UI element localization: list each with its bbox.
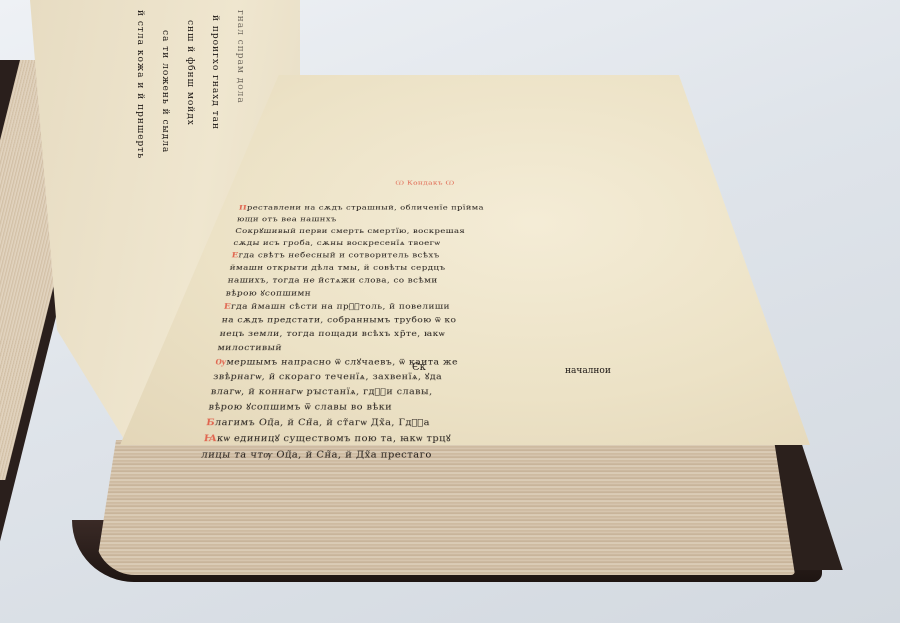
text-line: Егда ймашн сѣсти на прⷭ҇толь, й повелиши: [223, 301, 628, 314]
left-page-column: й стла кожа и й прншерть: [135, 10, 145, 159]
text-line: на сѫдъ предстати, собраннымъ трубою ѿ к…: [221, 314, 630, 328]
left-page-column: са ти ложень й сыдла: [160, 30, 170, 153]
text-line: лицы та чтѹ Оц̃а, й Сн̃а, й Дх̃а престаг…: [200, 447, 650, 464]
page-header: Ѡ Кондакъ Ѡ: [242, 178, 609, 189]
text-line: Преставлени на сѫдъ страшный, обличенїе …: [238, 203, 612, 214]
text-line: ющи отъ веа нашнхъ: [236, 214, 614, 226]
text-line: нашихъ, тогда не йстѧжи слова, со всѣми: [227, 275, 624, 288]
text-line: влагѡ, й коннагѡ рꙑстанїѧ, гдⷭ҇и славы,: [210, 385, 641, 400]
left-page-column: снш й фбнш мойдх: [185, 20, 195, 126]
text-line: вѣрою ꙋсопшимъ ѿ славы во вѣки: [207, 400, 642, 415]
text-line: сѫды исъ гроба, сѫны воскресенїѧ твоегѡ: [232, 238, 617, 250]
catchword: началнои: [565, 366, 611, 376]
small-text-line: [240, 196, 611, 203]
right-page-text: Ѡ Кондакъ Ѡ Преставлени на сѫдъ страшный…: [200, 178, 650, 464]
text-line: вѣрою ꙋсопшимн: [225, 288, 625, 301]
small-text-line: [241, 189, 610, 196]
text-line: нецъ земли, тогда пощади всѣхъ хр̃те, ꙗк…: [219, 328, 632, 342]
left-page-column: й проигхо гнахд тан: [210, 15, 220, 130]
text-line: Благимъ Оц̃а, й Сн̃а, й ст̃агѡ Дх̃а, Гдⷭ…: [205, 416, 645, 432]
text-line: ймашн открыти дѣла тмы, й совѣты сердцъ: [229, 262, 622, 275]
text-line: милостивый: [216, 341, 633, 355]
signature-mark: Єк: [412, 362, 426, 373]
photo-scene: й стла кожа и й прншерть са ти ложень й …: [0, 0, 900, 623]
text-line: Сокрꙋшивый перви смерть смертїю, воскреш…: [234, 226, 615, 238]
text-line: Егда свѣтъ небесный и сотворитель всѣхъ: [231, 250, 620, 262]
text-line: Ꙗкѡ единицꙋ существомъ пою та, ꙗкѡ трцꙋ: [203, 431, 648, 447]
left-page-column: гнал спрам дола: [235, 10, 245, 104]
